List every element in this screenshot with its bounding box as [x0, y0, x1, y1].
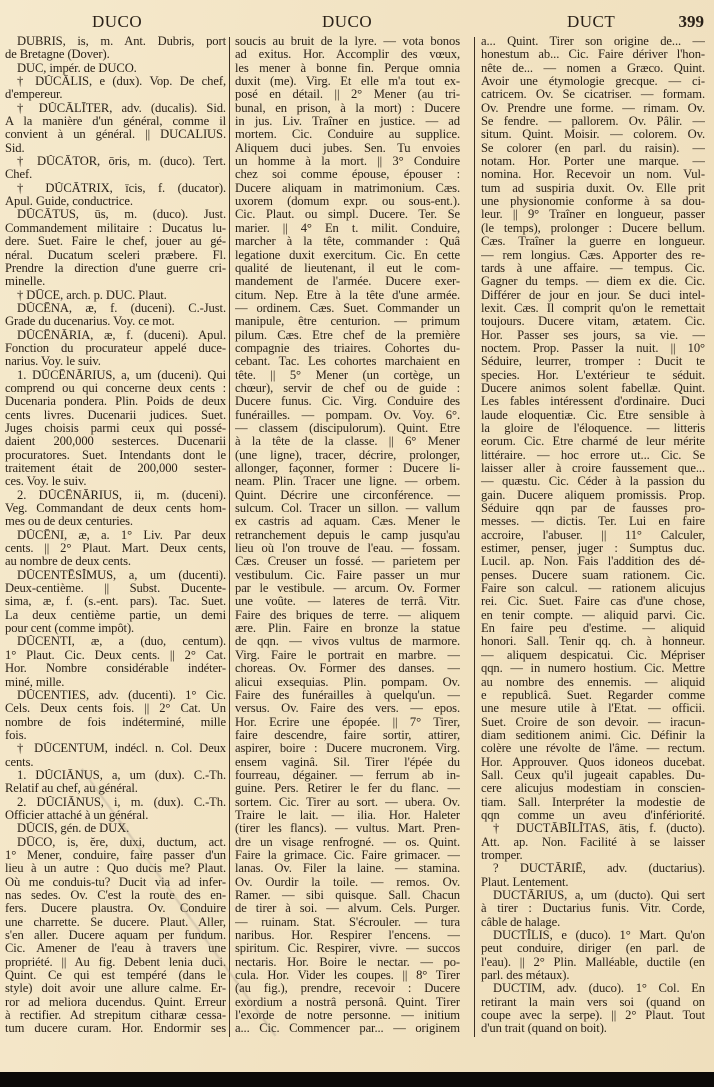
text-line: Fonction du procurateur appelé duce- [5, 342, 226, 355]
text-line: — classem (discipulorum). Quint. Etre [235, 422, 460, 435]
text-line: minelle. [5, 275, 226, 288]
text-line: La deux centième partie, un demi [5, 609, 226, 622]
text-line: Ov. Prendre une forme. — rimam. Ov. [481, 102, 705, 115]
text-line: a... Quint. Tirer son origine de... — [481, 35, 705, 48]
text-line: coupe avec la serpe). || 2° Plaut. Tout [481, 1009, 705, 1022]
text-line: ces. Voy. le suiv. [5, 475, 226, 488]
text-line: 1° Mener, conduire, faire passer d'un [5, 849, 226, 862]
text-line: Où me conduis-tu? Ducit via ad infer- [5, 876, 226, 889]
text-line: Avoir une étymologie grecque. — ci- [481, 75, 705, 88]
text-line: nombre de fois indéterminé, mille [5, 716, 226, 729]
text-line: Quint. Décrire une circonférence. — [235, 489, 460, 502]
text-line: manipule, être centurion. — primum [235, 315, 460, 328]
text-line: retirant la main vers soi (quand on [481, 996, 705, 1009]
text-line: — aliquem despicatui. Cic. Mépriser [481, 649, 705, 662]
text-line: Aliquem duci jubes. Sen. Tu envoies [235, 142, 460, 155]
text-line: cere alicujus modestiam in conscien- [481, 782, 705, 795]
text-line: — quæstu. Cic. Céder à la passion du [481, 475, 705, 488]
text-line: 1. DŬCIĀNUS, a, um (dux). C.-Th. [5, 769, 226, 782]
text-line: (une ligne), tracer, décrire, prolonger, [235, 449, 460, 462]
text-line: Att. ap. Non. Facilité à se laisser [481, 836, 705, 849]
text-line: tum ducere curam. Hor. Endormir ses [5, 1022, 226, 1035]
text-line: DŬCĒNĀRIA, æ, f. (duceni). Apul. [5, 329, 226, 342]
text-line: peut conduire, diriger (en parl. de [481, 942, 705, 955]
text-line: en tenir compte. — aliquid parvi. Cic. [481, 609, 705, 622]
text-line: — rem longius. Cæs. Apporter des re- [481, 249, 705, 262]
text-line: Cæs. Creuser un fossé. — parietem per [235, 555, 460, 568]
text-line: colère une révolte de l'âme. — rectum. [481, 742, 705, 755]
text-line: style) doit avoir une allure calme. Er- [5, 982, 226, 995]
text-line: gain. Ducere aliquem promissis. Prop. [481, 489, 705, 502]
text-line: cents. [5, 756, 226, 769]
text-line: situm. Quint. Moisir. — colorem. Ov. [481, 128, 705, 141]
text-line: ad exitus. Hor. Accomplir des vœux, [235, 48, 460, 61]
text-line: Faire des briques de terre. — aliquem [235, 609, 460, 622]
text-line: au nombre de deux cents. [5, 555, 226, 568]
column-1: DUBRIS, is, m. Ant. Dubris, portde Breta… [5, 35, 226, 1036]
guide-word-left: DUCO [92, 12, 142, 32]
dictionary-page: DUCO DUCO DUCT 399 DUBRIS, is, m. Ant. D… [0, 0, 714, 1087]
text-line: à la tête de la classe. || 6° Mener [235, 435, 460, 448]
text-line: tiam. Sall. Interpréter la modestie de [481, 796, 705, 809]
text-line: Veg. Commandant de deux cents hom- [5, 502, 226, 515]
text-line: lexit. Cæs. Il comprit qu'on le remettai… [481, 302, 705, 315]
text-line: qqn comme un aveu d'infériorité. [481, 809, 705, 822]
text-line: DŪCO, is, ĕre, duxi, ductum, act. [5, 836, 226, 849]
running-header: DUCO DUCO DUCT 399 [0, 12, 714, 34]
text-line: choreas. Ov. Former des danses. — [235, 662, 460, 675]
text-line: Commandement militaire : Ducatus lu- [5, 222, 226, 235]
text-line: Gagner du temps. — diem ex die. Cic. [481, 275, 705, 288]
text-line: cents. || 2° Plaut. Mart. Deux cents, [5, 542, 226, 555]
text-line: DŬCENTIES, adv. (ducenti). 1° Cic. [5, 689, 226, 702]
text-line: d'un trait (quand on boit). [481, 1022, 705, 1035]
text-line: cula. Hor. Vider les coupes. || 8° Tirer [235, 969, 460, 982]
text-line: † DŬCĀLIS, e (dux). Vop. De chef, [5, 75, 226, 88]
text-line: fers. Ducere plaustra. Ov. Conduire [5, 902, 226, 915]
text-line: posé en détail. || 2° Mener (au tri- [235, 88, 460, 101]
text-line: 1. DŬCĒNĀRIUS, a, um (duceni). Qui [5, 369, 226, 382]
text-line: une voûte. — lateres de terrâ. Vitr. [235, 595, 460, 608]
text-line: comprend ou qui concerne deux cents : [5, 382, 226, 395]
text-line: neam. Plin. Tracer une ligne. — orbem. [235, 475, 460, 488]
text-line: pilum. Cæs. Etre chef de la première [235, 329, 460, 342]
text-line: Suet. Croire de son devoir. — iracun- [481, 716, 705, 729]
text-line: DŬCENTĒSĬMUS, a, um (ducenti). [5, 569, 226, 582]
text-line: dere. Suet. Faire le chef, jouer au gé- [5, 235, 226, 248]
text-line: messes. — dictis. Ter. Lui en faire [481, 515, 705, 528]
text-line: A la manière d'un général, comme il [5, 115, 226, 128]
text-line: fourreau, dégainer. — ferrum ab in- [235, 769, 460, 782]
text-line: legatione duxit exercitum. Cic. En cette [235, 249, 460, 262]
text-line: citum. Nep. Etre à la tête d'une armée. [235, 289, 460, 302]
text-line: (au fig.), prendre, recevoir : Ducere [235, 982, 460, 995]
text-line: lieu où l'on trouve de l'eau. — fossam. [235, 542, 460, 555]
text-line: Hor. Nombre considérable indéter- [5, 662, 226, 675]
text-line: † DŪCE, arch. p. DUC. Plaut. [5, 289, 226, 302]
text-line: chœur), servir de chef ou de guide : [235, 382, 460, 395]
text-line: littéraire. — hoc errore ut... Cic. Se [481, 449, 705, 462]
text-line: par le vestibule. — arcum. Ov. Former [235, 582, 460, 595]
text-line: fois. [5, 729, 226, 742]
text-line: bunal, en prison, à la mort) : Ducere [235, 102, 460, 115]
text-line: Hor. Approuver. Quos idoneos ducebat. [481, 756, 705, 769]
text-line: Traire le lait. — ilia. Hor. Haleter [235, 809, 460, 822]
text-line: laude eloquentiæ. Cic. Etre sensible à [481, 409, 705, 422]
text-line: rei. Cic. Suet. Faire cas d'une chose, [481, 595, 705, 608]
text-line: nectaris. Hor. Boire le nectar. — po- [235, 956, 460, 969]
text-line: un homme à la mort. || 3° Conduire [235, 155, 460, 168]
text-line: néral. Ducatum sceleri præbere. Fl. [5, 249, 226, 262]
text-line: s'en aller. Ducere aquam per fundum. [5, 929, 226, 942]
text-line: Faire la grimace. Cic. Faire grimacer. — [235, 849, 460, 862]
text-line: duxit (me). Virg. Et elle m'a tout ex- [235, 75, 460, 88]
text-line: Ducere animos solent fabellæ. Quint. [481, 382, 705, 395]
text-line: ære. Plin. Faire en bronze la statue [235, 622, 460, 635]
text-line: dre un visage renfrogné. — os. Quint. [235, 836, 460, 849]
text-line: soucis au bruit de la lyre. — vota bonos [235, 35, 460, 48]
text-line: Faire des funérailles à quelqu'un. — [235, 689, 460, 702]
text-line: marier. || 4° En t. milit. Conduire, [235, 222, 460, 235]
text-line: Hor. Ecrire une épopée. || 7° Tirer, [235, 716, 460, 729]
text-line: traitement était de 200,000 sester- [5, 462, 226, 475]
text-line: propriété. || Au fig. Debent lenia duci. [5, 956, 226, 969]
text-line: Grade du ducenarius. Voy. ce mot. [5, 315, 226, 328]
text-line: compagnie des triaires. Cohortes du- [235, 342, 460, 355]
text-line: ? DUCTĀRIĒ, adv. (ductarius). [481, 862, 705, 875]
text-line: qqn. — in numero hostium. Cic. Mettre [481, 662, 705, 675]
text-line: aspirer, boire : Ducere mucronem. Virg. [235, 742, 460, 755]
text-line: in jus. Liv. Traîner en justice. — ad [235, 115, 460, 128]
text-line: species. Hor. L'extérieur te séduit. [481, 369, 705, 382]
text-line: Quint. Ce qui est tempéré (dans le [5, 969, 226, 982]
text-line: sortem. Cic. Tirer au sort. — ubera. Ov. [235, 796, 460, 809]
text-line: retranchement depuis le camp jusqu'au [235, 529, 460, 542]
column-3: a... Quint. Tirer son origine de... —hon… [481, 35, 705, 1036]
text-line: la gloire de l'éloquence. — litteris [481, 422, 705, 435]
text-line: penses. Ducere suam rationem. Cic. [481, 569, 705, 582]
text-line: sima, æ, f. (s.-ent. pars). Tac. Suet. [5, 595, 226, 608]
text-line: Ov. Ourdir la toile. — remos. Ov. [235, 876, 460, 889]
text-line: Deux-centième. || Subst. Ducente- [5, 582, 226, 595]
text-line: DUBRIS, is, m. Ant. Dubris, port [5, 35, 226, 48]
text-line: DŬCĀTUS, ūs, m. (duco). Just. [5, 208, 226, 221]
text-line: mortem. Cic. Conduire au supplice. [235, 128, 460, 141]
text-line: tum ad suspiria duxit. Ov. Elle prit [481, 182, 705, 195]
text-line: câble de halage. [481, 916, 705, 929]
text-line: les mener à bonne fin. Perque omnia [235, 62, 460, 75]
column-rule-2 [474, 37, 475, 1037]
text-line: DUC, impér. de DUCO. [5, 62, 226, 75]
text-line: Cels. Deux cents fois. || 2° Cat. Un [5, 702, 226, 715]
text-line: une mesure utile à l'Etat. — officii. [481, 702, 705, 715]
text-line: guine. Pers. Retirer le fer du flanc. — [235, 782, 460, 795]
text-line: Juges choisis parmi ceux qui possé- [5, 422, 226, 435]
text-line: parl. des métaux). [481, 969, 705, 982]
text-line: toujours. Ducere vitam, ætatem. Cic. [481, 315, 705, 328]
text-line: Ducenaria pondera. Plin. Poids de deux [5, 395, 226, 408]
text-line: nête de... — nomen a Græco. Quint. [481, 62, 705, 75]
text-line: Hor. Passer ses jours, sa vie. — [481, 329, 705, 342]
text-line: laisser aller à croire faussement que... [481, 462, 705, 475]
text-line: Chef. [5, 168, 226, 181]
text-line: d'empereur. [5, 88, 226, 101]
text-line: tête. || 5° Mener (un cortège, un [235, 369, 460, 382]
guide-word-right: DUCT [567, 12, 615, 32]
text-line: honori. Sall. Tenir qq. ch. à honneur. [481, 635, 705, 648]
text-line: ensem vaginâ. Sil. Tirer l'épée du [235, 756, 460, 769]
text-line: pour cent (comme impôt). [5, 622, 226, 635]
text-line: En faire peu d'estime. — aliquid [481, 622, 705, 635]
text-line: cebant. Tac. Les cohortes marchaient en [235, 355, 460, 368]
text-line: l'exorde de notre personne. — initium [235, 1009, 460, 1022]
text-line: lieu à un autre : Quo ducis me? Plaut. [5, 862, 226, 875]
text-line: estimer, penser, juger : Sumptus duc. [481, 542, 705, 555]
text-line: 1° Plaut. Cic. Deux cents. || 2° Cat. [5, 649, 226, 662]
text-line: DŬCĒNA, æ, f. (duceni). C.-Just. [5, 302, 226, 315]
text-line: cents livres. Ducenarii judices. Suet. [5, 409, 226, 422]
text-line: e republicâ. Suet. Regarder comme [481, 689, 705, 702]
text-line: marcher à la tête, commander : Quâ [235, 235, 460, 248]
text-line: Virg. Faire le portrait en marbre. — [235, 649, 460, 662]
text-line: 2. DŬCĒNĀRIUS, ii, m. (duceni). [5, 489, 226, 502]
text-line: Séduire, leurrer, tromper : Ducit te [481, 355, 705, 368]
text-line: mandement de l'armée. Ducere exer- [235, 275, 460, 288]
text-line: alicui exsequias. Plin. pompam. Ov. [235, 676, 460, 689]
text-line: catricem. Ov. Se cicatriser. — formam. [481, 88, 705, 101]
text-line: Faire son calcul. — rationem alicujus [481, 582, 705, 595]
text-line: Se fendre. — pallorem. Ov. Pâlir. — [481, 115, 705, 128]
text-line: † DŬCĀTOR, ōris, m. (duco). Tert. [5, 155, 226, 168]
text-line: procuratores. Suet. Intendants dont le [5, 449, 226, 462]
text-line: miné, mille. [5, 676, 226, 689]
text-line: DUCTĀRIUS, a, um (ducto). Qui sert [481, 889, 705, 902]
text-line: narius. Voy. le suiv. [5, 355, 226, 368]
scan-border [0, 1072, 714, 1087]
text-line: de qqn. — vivos vultus de marmore. [235, 635, 460, 648]
text-line: tards à une affaire. — tempus. Cic. [481, 262, 705, 275]
text-line: de Bretagne (Dover). [5, 48, 226, 61]
text-line: Ramer. — sibi quisque. Sall. Chacun [235, 889, 460, 902]
text-line: Ducere funus. Cic. Virg. Conduire des [235, 395, 460, 408]
text-line: convient à un général. || DUCALIUS. [5, 128, 226, 141]
text-line: Se colorer (en parl. du raisin). — [481, 142, 705, 155]
text-line: daient 200,000 sesterces. Ducenarii [5, 435, 226, 448]
text-line: naribus. Hor. Respirer l'encens. — [235, 929, 460, 942]
text-line: Cic. Amener de l'eau à travers une [5, 942, 226, 955]
text-line: notam. Hor. Porter une marque. — [481, 155, 705, 168]
text-line: exordium a nostrâ personâ. Quint. Tirer [235, 996, 460, 1009]
text-line: chez soi comme épouse, épouser : [235, 168, 460, 181]
text-line: à rectifier. Ad strepitum citharæ cessa- [5, 1009, 226, 1022]
text-line: † DŬCĀLĪTER, adv. (ducalis). Sid. [5, 102, 226, 115]
text-line: nomina. Hor. Recevoir un nom. Vul- [481, 168, 705, 181]
text-line: — ruinam. Stat. S'écrouler. — tura [235, 916, 460, 929]
text-line: l'eau). || 2° Plin. Malléable, ductile (… [481, 956, 705, 969]
text-line: leur. || 9° Traîner en longueur, passer [481, 208, 705, 221]
guide-word-center: DUCO [322, 12, 372, 32]
text-line: † DŬCENTUM, indécl. n. Col. Deux [5, 742, 226, 755]
text-line: † DUCTĀBĬLĬTAS, ātis, f. (ducto). [481, 822, 705, 835]
text-line: DŬCENTI, æ, a (duo, centum). [5, 635, 226, 648]
column-2: soucis au bruit de la lyre. — vota bonos… [235, 35, 460, 1036]
text-line: Lucil. ap. Non. Fais l'addition des dé- [481, 555, 705, 568]
text-line: Plaut. Lentement. [481, 876, 705, 889]
text-line: ror ad meliora ducendus. Quint. Erreur [5, 996, 226, 1009]
text-line: Les fables intéressent d'ordinaire. Duci [481, 395, 705, 408]
text-line: Apul. Guide, conductrice. [5, 195, 226, 208]
text-line: — ordinem. Cæs. Suet. Commander un [235, 302, 460, 315]
text-line: lanas. Ov. Filer la laine. — stamina. [235, 862, 460, 875]
text-line: de tirer à soi. — alvum. Cels. Purger. [235, 902, 460, 915]
text-line: faire descendre, faire sortir, attirer, [235, 729, 460, 742]
text-line: une physionomie conforme à sa dou- [481, 195, 705, 208]
text-line: DUCTĬLIS, e (duco). 1° Mart. Qu'on [481, 929, 705, 942]
text-line: DŬCIS, gén. de DUX. [5, 822, 226, 835]
text-line: 2. DŬCIĀNUS, i, m. (dux). C.-Th. [5, 796, 226, 809]
text-line: Sall. Ceux qu'il jugeait capables. Du- [481, 769, 705, 782]
text-line: allonger, façonner, former : Ducere li- [235, 462, 460, 475]
page-number: 399 [679, 12, 705, 32]
text-line: eorum. Cic. Etre charmé de leur mérite [481, 435, 705, 448]
text-line: DUCTIM, adv. (duco). 1° Col. En [481, 982, 705, 995]
text-line: Relatif au chef, au général. [5, 782, 226, 795]
column-rule-1 [229, 37, 230, 1037]
text-line: accroire, l'abuser. || 11° Calculer, [481, 529, 705, 542]
text-line: mes ou de deux centuries. [5, 515, 226, 528]
text-line: Cic. Plaut. ou simpl. Ducere. Ter. Se [235, 208, 460, 221]
text-line: Différer de jour en jour. Se duci intel- [481, 289, 705, 302]
text-line: funérailles. — pompam. Ov. Voy. 6°. [235, 409, 460, 422]
text-line: (le temps), prolonger : Ducere bellum. [481, 222, 705, 235]
text-line: diam seditionem animi. Cic. Définir la [481, 729, 705, 742]
text-line: Cæs. Traîner la guerre en longueur. [481, 235, 705, 248]
text-line: ex castris ad aquam. Cæs. Mener le [235, 515, 460, 528]
text-line: Ducere aliquam in matrimonium. Cæs. [235, 182, 460, 195]
text-line: sulcum. Col. Tracer un sillon. — vallum [235, 502, 460, 515]
text-line: qualité de lieutenant, il eut le com- [235, 262, 460, 275]
text-line: (tirer les flancs). — vultus. Mart. Pren… [235, 822, 460, 835]
text-line: vestibulum. Cic. Faire passer un mur [235, 569, 460, 582]
text-line: nas sedes. Ov. C'est la route des en- [5, 889, 226, 902]
text-line: noctem. Prop. Passer la nuit. || 10° [481, 342, 705, 355]
text-line: Sid. [5, 142, 226, 155]
text-line: versus. Ov. Faire des vers. — epos. [235, 702, 460, 715]
text-line: Prendre la direction d'une guerre cri- [5, 262, 226, 275]
text-line: honestum ab... Cic. Faire dériver l'hon- [481, 48, 705, 61]
text-line: au nombre des ennemis. — aliquid [481, 676, 705, 689]
text-line: DŬCĒNI, æ, a. 1° Liv. Par deux [5, 529, 226, 542]
text-line: Séduire qqn par de fausses pro- [481, 502, 705, 515]
text-line: tromper. [481, 849, 705, 862]
text-line: uxorem (domum expr. ou sous-ent.). [235, 195, 460, 208]
text-line: † DŬCĀTRIX, īcis, f. (ducator). [5, 182, 226, 195]
text-line: spiritum. Cic. Respirer, vivre. — succos [235, 942, 460, 955]
text-line: à tirer : Ductarius funis. Vitr. Corde, [481, 902, 705, 915]
